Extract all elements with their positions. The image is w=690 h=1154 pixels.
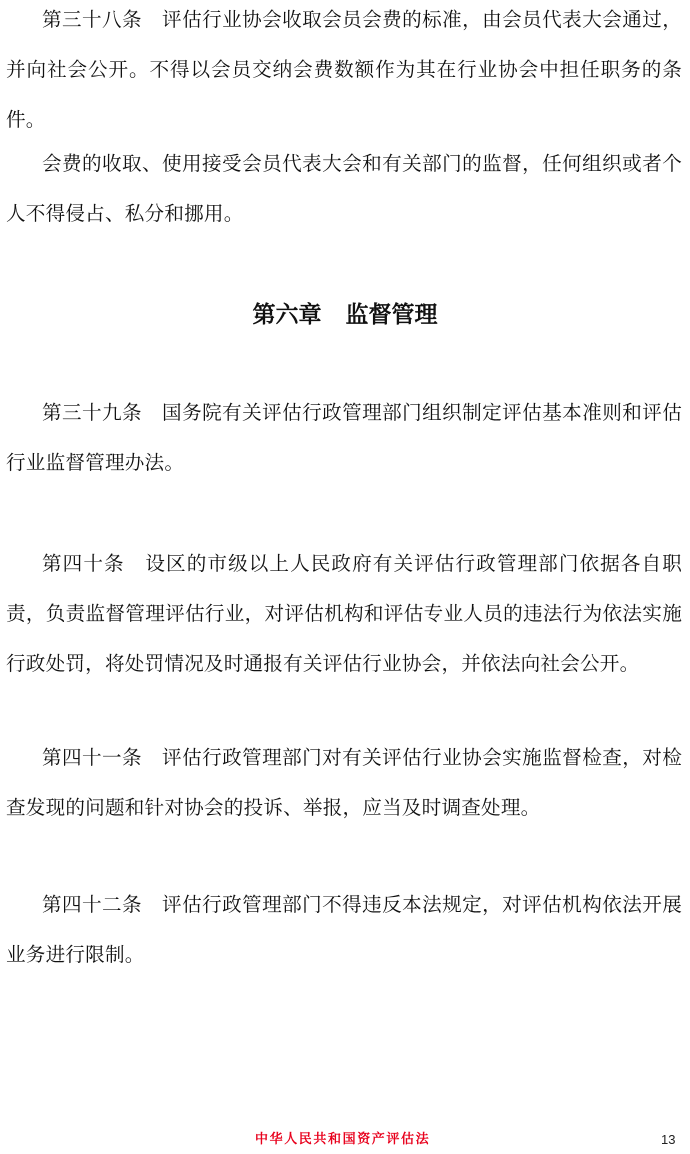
article-41-label: 第四十一条 (42, 746, 142, 769)
article-40-paragraph: 第四十条 设区的市级以上人民政府有关评估行政管理部门依据各自职责，负责监督管理评… (6, 539, 682, 689)
article-42-label: 第四十二条 (42, 893, 142, 916)
article-39-paragraph: 第三十九条 国务院有关评估行政管理部门组织制定评估基本准则和评估行业监督管理办法… (6, 388, 682, 488)
footer-document-title: 中华人民共和国资产评估法 (255, 1131, 430, 1149)
page-number: 13 (661, 1131, 675, 1149)
article-39-label: 第三十九条 (42, 401, 142, 424)
document-page: 第三十八条 评估行业协会收取会员会费的标准，由会员代表大会通过，并向社会公开。不… (0, 0, 690, 1154)
chapter-title: 监督管理 (346, 302, 438, 328)
article-38-continuation-paragraph: 会费的收取、使用接受会员代表大会和有关部门的监督，任何组织或者个人不得侵占、私分… (6, 139, 682, 239)
article-38-paragraph: 第三十八条 评估行业协会收取会员会费的标准，由会员代表大会通过，并向社会公开。不… (6, 0, 682, 145)
article-42-paragraph: 第四十二条 评估行政管理部门不得违反本法规定，对评估机构依法开展业务进行限制。 (6, 880, 682, 980)
article-40-label: 第四十条 (42, 552, 125, 575)
article-38-label: 第三十八条 (42, 8, 142, 31)
chapter-heading: 第六章监督管理 (0, 293, 690, 337)
article-38-continuation-text: 会费的收取、使用接受会员代表大会和有关部门的监督，任何组织或者个人不得侵占、私分… (6, 152, 682, 225)
article-41-paragraph: 第四十一条 评估行政管理部门对有关评估行业协会实施监督检查，对检查发现的问题和针… (6, 733, 682, 833)
chapter-number: 第六章 (253, 302, 322, 328)
